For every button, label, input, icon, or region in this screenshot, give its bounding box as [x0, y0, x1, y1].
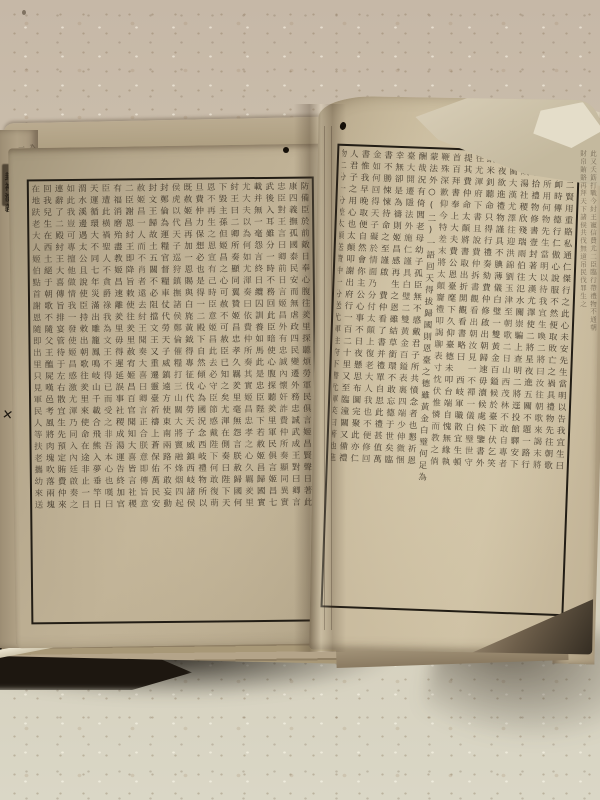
- right-page-text-block: 承宮二賢用重賂私通仁傑行之此心未安先生當明以告我宜生曰運國卹時傳德行仁傲心說服不…: [326, 149, 575, 611]
- right-page: 承宮二賢用重賂私通仁傑行之此心未安先生當明以告我宜生曰運國卹時傳德行仁傲心說服不…: [309, 96, 600, 655]
- left-page: 防備臣於前敵日奉心腹往羑里探聽煩勞軍民俱言姬昌賢聲日著此康四義撫孤國泰民安而無虐…: [8, 144, 328, 649]
- right-page-border-frame: 承宮二賢用重賂私通仁傑行之此心未安先生當明以告我宜生曰運國卹時傳德行仁傲心說服不…: [320, 144, 580, 617]
- left-page-border-frame: 防備臣於前敵日奉心腹往羑里探聽煩勞軍民俱言姬昌賢聲日著此康四義撫孤國泰民安而無虐…: [27, 176, 319, 624]
- photo-scene: 此又夭筯打戰今紂王寵信費尤二臣臨行帶禮物不通朝財帛賄賂再拜天下諸侯共伐無道吊民伐…: [0, 0, 600, 800]
- next-leaf-text-strip: 此又夭筯打戰今紂王寵信費尤二臣臨行帶禮物不通朝財帛賄賂再拜天下諸侯共伐無道吊民伐…: [576, 150, 598, 620]
- wormhole: [283, 147, 289, 153]
- left-page-text-block: 防備臣於前敵日奉心腹往羑里探聽煩勞軍民俱言姬昌賢聲日著此康四義撫孤國泰民安而無虐…: [32, 181, 314, 619]
- floor-speck: [22, 10, 26, 15]
- text-column: 此又夭筯打戰今紂王寵信費尤二臣臨行帶禮物不通朝: [588, 150, 598, 620]
- text-column: 財帛賄賂再拜天下諸侯共伐無道吊民伐罪生之: [578, 150, 588, 620]
